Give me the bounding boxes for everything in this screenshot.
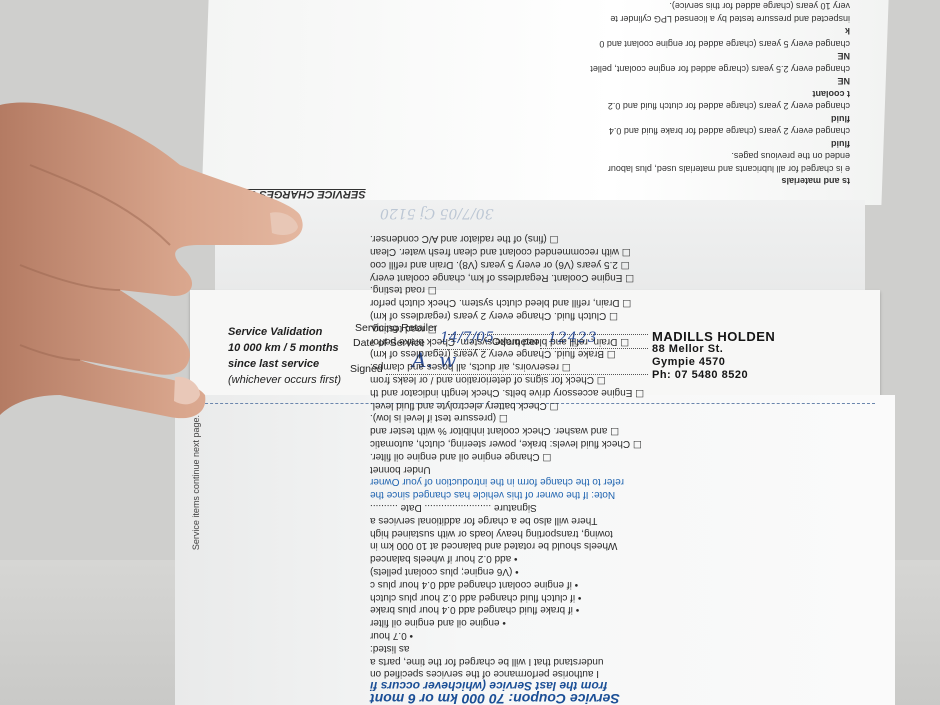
service-charges-line: t coolant xyxy=(230,88,850,101)
coupon-intro-line: I authorise performance of the services … xyxy=(370,667,890,680)
service-charges-line: ts and materials xyxy=(230,175,850,188)
coupon-checklist-item: ☐ 2.5 years (V6) or every 5 years (V8). … xyxy=(370,257,890,270)
coupon-owner-note: refer to the change form in the introduc… xyxy=(370,475,890,488)
service-charges-line: NE xyxy=(230,75,850,88)
service-charges-line: fluid xyxy=(230,138,850,151)
hand xyxy=(0,95,320,425)
coupon-section-heading: Under bonnet xyxy=(370,462,890,475)
coupon-checklist-item: ☐ Engine accessory drive belts. Check le… xyxy=(370,385,890,398)
service-charges-heading: SERVICE CHARGES cont. xyxy=(230,188,850,201)
service-charges-line: changed every 2.5 years (charge added fo… xyxy=(230,63,850,76)
coupon-signature-line: Signature ........................ Date … xyxy=(370,500,890,513)
coupon-checklist-item: ☐ road testing. xyxy=(370,283,890,296)
coupon-additional: There will also be a charge for addition… xyxy=(370,513,890,526)
coupon-checklist-item: ☐ Drain, refill and bleed brake system. … xyxy=(370,334,890,347)
coupon-checklist-item: ☐ Check battery electrolyte and fluid le… xyxy=(370,398,890,411)
coupon-bullet: • 0.7 hour xyxy=(370,628,890,641)
coupon-subtitle: from the last Service (whichever occurs … xyxy=(370,679,890,692)
service-charges-line: changed every 2 years (charge added for … xyxy=(230,125,850,138)
service-charges-lines: ts and materialse is charged for all lub… xyxy=(230,0,850,188)
coupon-owner-note: Note: If the owner of this vehicle has c… xyxy=(370,487,890,500)
coupon-checklist-item: ☐ Change engine oil and engine oil filte… xyxy=(370,449,890,462)
coupon-checklist-item: ☐ Brake fluid. Change every 2 years (reg… xyxy=(370,347,890,360)
service-charges-line: changed every 2 years (charge added for … xyxy=(230,100,850,113)
coupon-checklist-item: ☐ Clutch fluid. Change every 2 years (re… xyxy=(370,308,890,321)
coupon-checklist-item: ☐ (fins) of the radiator and A/C condens… xyxy=(370,232,890,245)
coupon-intro-line: as listed: xyxy=(370,641,890,654)
coupon-checklist-item: ☐ and washer. Check coolant inhibitor % … xyxy=(370,423,890,436)
coupon-bullet: • add 0.2 hour if wheels balanced xyxy=(370,551,890,564)
coupon-checklist-item: ☐ reservoirs, air ducts, all hoses and c… xyxy=(370,359,890,372)
service-charges-line: k xyxy=(230,25,850,38)
coupon-checklist-item: ☐ with recommended coolant and clean fre… xyxy=(370,244,890,257)
service-charges-line: changed every 5 years (charge added for … xyxy=(230,38,850,51)
coupon-checklist-item: ☐ Check for signs of deterioration and /… xyxy=(370,372,890,385)
service-charges-line: inspected and pressure tested by a licen… xyxy=(230,13,850,26)
coupon-body: I authorise performance of the services … xyxy=(370,232,890,680)
coupon-bullet: • if engine coolant changed add 0.4 hour… xyxy=(370,577,890,590)
service-charges-line: e is charged for all lubricants and mate… xyxy=(230,163,850,176)
coupon-bullet: • (V6 engine; plus coolant pellets) xyxy=(370,564,890,577)
coupon-intro-line: understand that I will be charged for th… xyxy=(370,654,890,667)
coupon-checklist-item: ☐ (pressure test if level is low). xyxy=(370,411,890,424)
coupon-bullet: • if brake fluid changed add 0.4 hour pl… xyxy=(370,603,890,616)
service-charges-text: SERVICE CHARGES cont. ts and materialse … xyxy=(230,0,850,200)
continue-note: Service items continue next page. xyxy=(191,415,201,550)
coupon-wheels-note: towing, transporting heavy loads or with… xyxy=(370,526,890,539)
coupon-checklist-item: ☐ Check fluid levels: brake, power steer… xyxy=(370,436,890,449)
service-coupon-text: Service Coupon: 70 000 km or 6 mont from… xyxy=(370,415,890,705)
coupon-wheels-note: Wheels should be rotated and balanced at… xyxy=(370,539,890,552)
coupon-bullet: • engine oil and engine oil filter xyxy=(370,615,890,628)
service-charges-line: NE xyxy=(230,50,850,63)
ghost-handwriting: 30/7/05 Cj 5120 xyxy=(380,205,494,221)
coupon-bullet: • if clutch fluid changed add 0.2 hour p… xyxy=(370,590,890,603)
coupon-checklist-item: ☐ Engine Coolant. Regardless of km, chan… xyxy=(370,270,890,283)
coupon-title: Service Coupon: 70 000 km or 6 mont xyxy=(370,692,890,705)
service-charges-line: fluid xyxy=(230,113,850,126)
service-charges-line: very 10 years (charge added for this ser… xyxy=(230,0,850,13)
service-charges-line: ended on the previous pages. xyxy=(230,150,850,163)
coupon-checklist-item: ☐ road testing. xyxy=(370,321,890,334)
coupon-checklist-item: ☐ Drain, refill and bleed clutch system.… xyxy=(370,296,890,309)
